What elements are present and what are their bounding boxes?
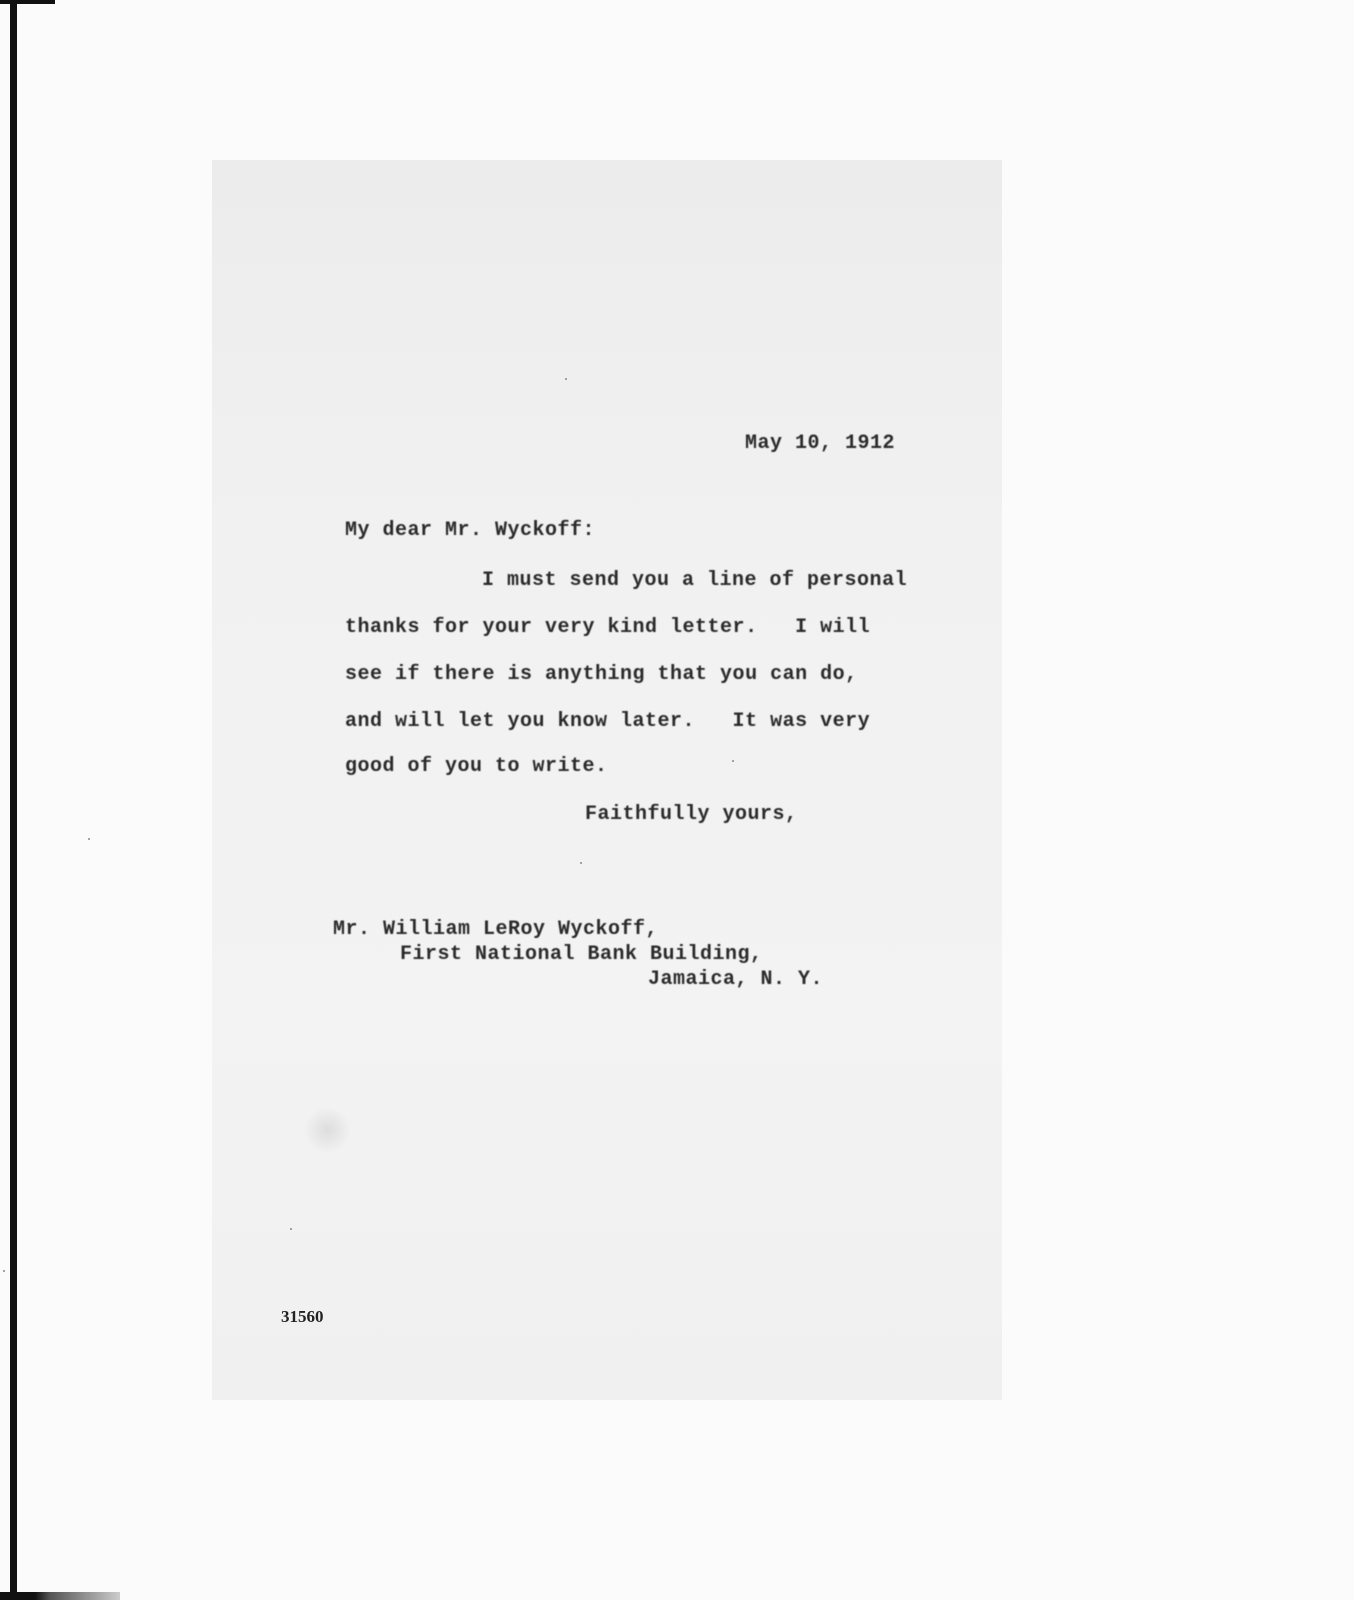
body-line: thanks for your very kind letter. I will	[345, 616, 870, 639]
speck	[3, 1270, 5, 1272]
film-edge-bottom	[0, 1592, 120, 1600]
film-edge-left	[10, 0, 17, 1600]
body-line: and will let you know later. It was very	[345, 710, 870, 733]
archive-number: 31560	[281, 1307, 324, 1327]
speck	[732, 760, 734, 762]
addressee-city: Jamaica, N. Y.	[648, 968, 823, 991]
speck	[88, 838, 90, 840]
letter-date: May 10, 1912	[745, 432, 895, 455]
film-edge-top	[0, 0, 55, 4]
body-line: see if there is anything that you can do…	[345, 663, 858, 686]
letter-closing: Faithfully yours,	[585, 803, 798, 826]
speck	[290, 1228, 292, 1230]
letter-page	[212, 160, 1002, 1400]
letter-salutation: My dear Mr. Wyckoff:	[345, 519, 595, 542]
body-line: good of you to write.	[345, 755, 608, 778]
paper-smudge	[305, 1105, 350, 1155]
body-line: I must send you a line of personal	[482, 569, 907, 592]
addressee-building: First National Bank Building,	[400, 943, 763, 966]
speck	[580, 862, 582, 864]
speck	[565, 378, 567, 380]
addressee-name: Mr. William LeRoy Wyckoff,	[333, 918, 658, 941]
